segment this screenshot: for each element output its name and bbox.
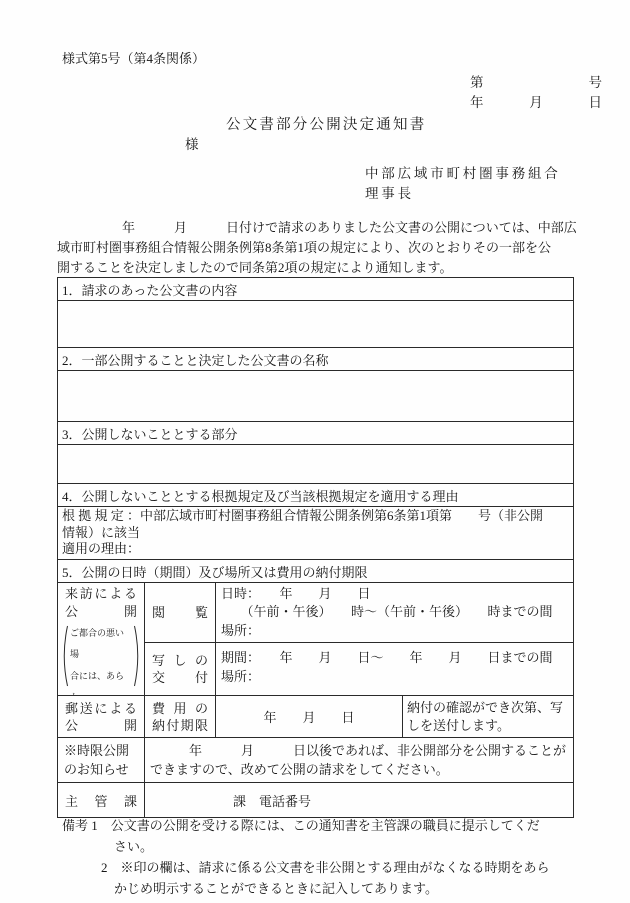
fee-deadline-label-cell: 費用の 納付期限 xyxy=(145,696,216,738)
section2-heading-cell: 2．一部公開することと決定した公文書の名称 xyxy=(58,348,574,371)
section4-value-cell: 根 拠 規 定 ：中部広域市町村圏事務組合情報公開条例第6条第1項第 号（非公開… xyxy=(58,507,574,560)
fee-deadline-date-cell: 年 月 日 xyxy=(216,696,403,738)
timed-disclosure-value-cell: 年 月 日以後であれば、非公開部分を公開することが できますので、改めて公開の請… xyxy=(145,738,574,783)
document-number-suffix: 号 xyxy=(589,71,603,91)
document-title: 公文書部分公開決定通知書 xyxy=(226,113,426,134)
addressee-honorific: 様 xyxy=(185,133,199,153)
disclosure-table: 1．請求のあった公文書の内容 2．一部公開することと決定した公文書の名称 3．公… xyxy=(57,277,574,818)
section4-heading-cell: 4．公開しないこととする根拠規定及び当該根拠規定を適用する理由 xyxy=(58,484,574,507)
section1-heading-cell: 1．請求のあった公文書の内容 xyxy=(58,278,574,301)
visit-disclosure-label: 来訪による 公開 xyxy=(65,585,137,621)
document-number-block: 第 号 年 月 日 xyxy=(470,71,602,111)
document-number-prefix: 第 xyxy=(470,71,484,91)
section1-value-cell xyxy=(58,301,574,348)
remarks-block: 備考 1 公文書の公開を受ける際には、この通知書を主管課の職員に提示してくだ さ… xyxy=(62,815,550,899)
date-year-label: 年 xyxy=(470,91,484,111)
visit-note-text: ご都合の悪い場 合には、あらか じめその旨を主 xyxy=(70,623,132,696)
managing-section-value-cell: 課 電話番号 xyxy=(145,783,574,818)
open-paren-icon xyxy=(60,624,69,688)
copy-delivery-label-cell: 写しの 交付 xyxy=(145,643,216,696)
close-paren-icon xyxy=(133,624,142,688)
copy-period-cell: 期間： 年 月 日～ 年 月 日までの間 場所： xyxy=(216,643,574,696)
document-number-line: 第 号 xyxy=(470,71,602,91)
issuer-organization: 中部広域市町村圏事務組合 xyxy=(365,162,561,182)
visit-disclosure-cell: 来訪による 公開 ご都合の悪い場 合には、あらか じめその旨を主 xyxy=(58,582,145,696)
scanned-form-page: 様式第5号（第4条関係） 第 号 年 月 日 公文書部分公開決定通知書 様 中部… xyxy=(0,0,630,903)
issue-date-line: 年 月 日 xyxy=(470,91,602,111)
fee-deadline-note-cell: 納付の確認ができ次第、写 しを送付します。 xyxy=(403,696,574,738)
issuer-title: 理事長 xyxy=(365,182,414,202)
date-day-label: 日 xyxy=(589,91,603,111)
viewing-datetime-cell: 日時： 年 月 日 （午前・午後） 時～（午前・午後） 時までの間 場所： xyxy=(216,582,574,643)
section3-value-cell xyxy=(58,445,574,484)
form-number-label: 様式第5号（第4条関係） xyxy=(62,48,205,67)
timed-disclosure-label-cell: ※時限公開 のお知らせ xyxy=(58,738,145,783)
section2-value-cell xyxy=(58,371,574,422)
section5-heading-cell: 5．公開の日時（期間）及び場所又は費用の納付期限 xyxy=(58,559,574,582)
visit-note: ご都合の悪い場 合には、あらか じめその旨を主 xyxy=(60,622,142,690)
mail-disclosure-cell: 郵送による 公開 xyxy=(58,696,145,738)
section3-heading-cell: 3．公開しないこととする部分 xyxy=(58,422,574,445)
date-month-label: 月 xyxy=(529,91,543,111)
body-paragraph: 年 月 日付けで請求のありました公文書の公開については、中部広 域市町村圏事務組… xyxy=(57,218,597,278)
managing-section-label-cell: 主管課 xyxy=(58,783,145,818)
viewing-label-cell: 閲覧 xyxy=(145,582,216,643)
